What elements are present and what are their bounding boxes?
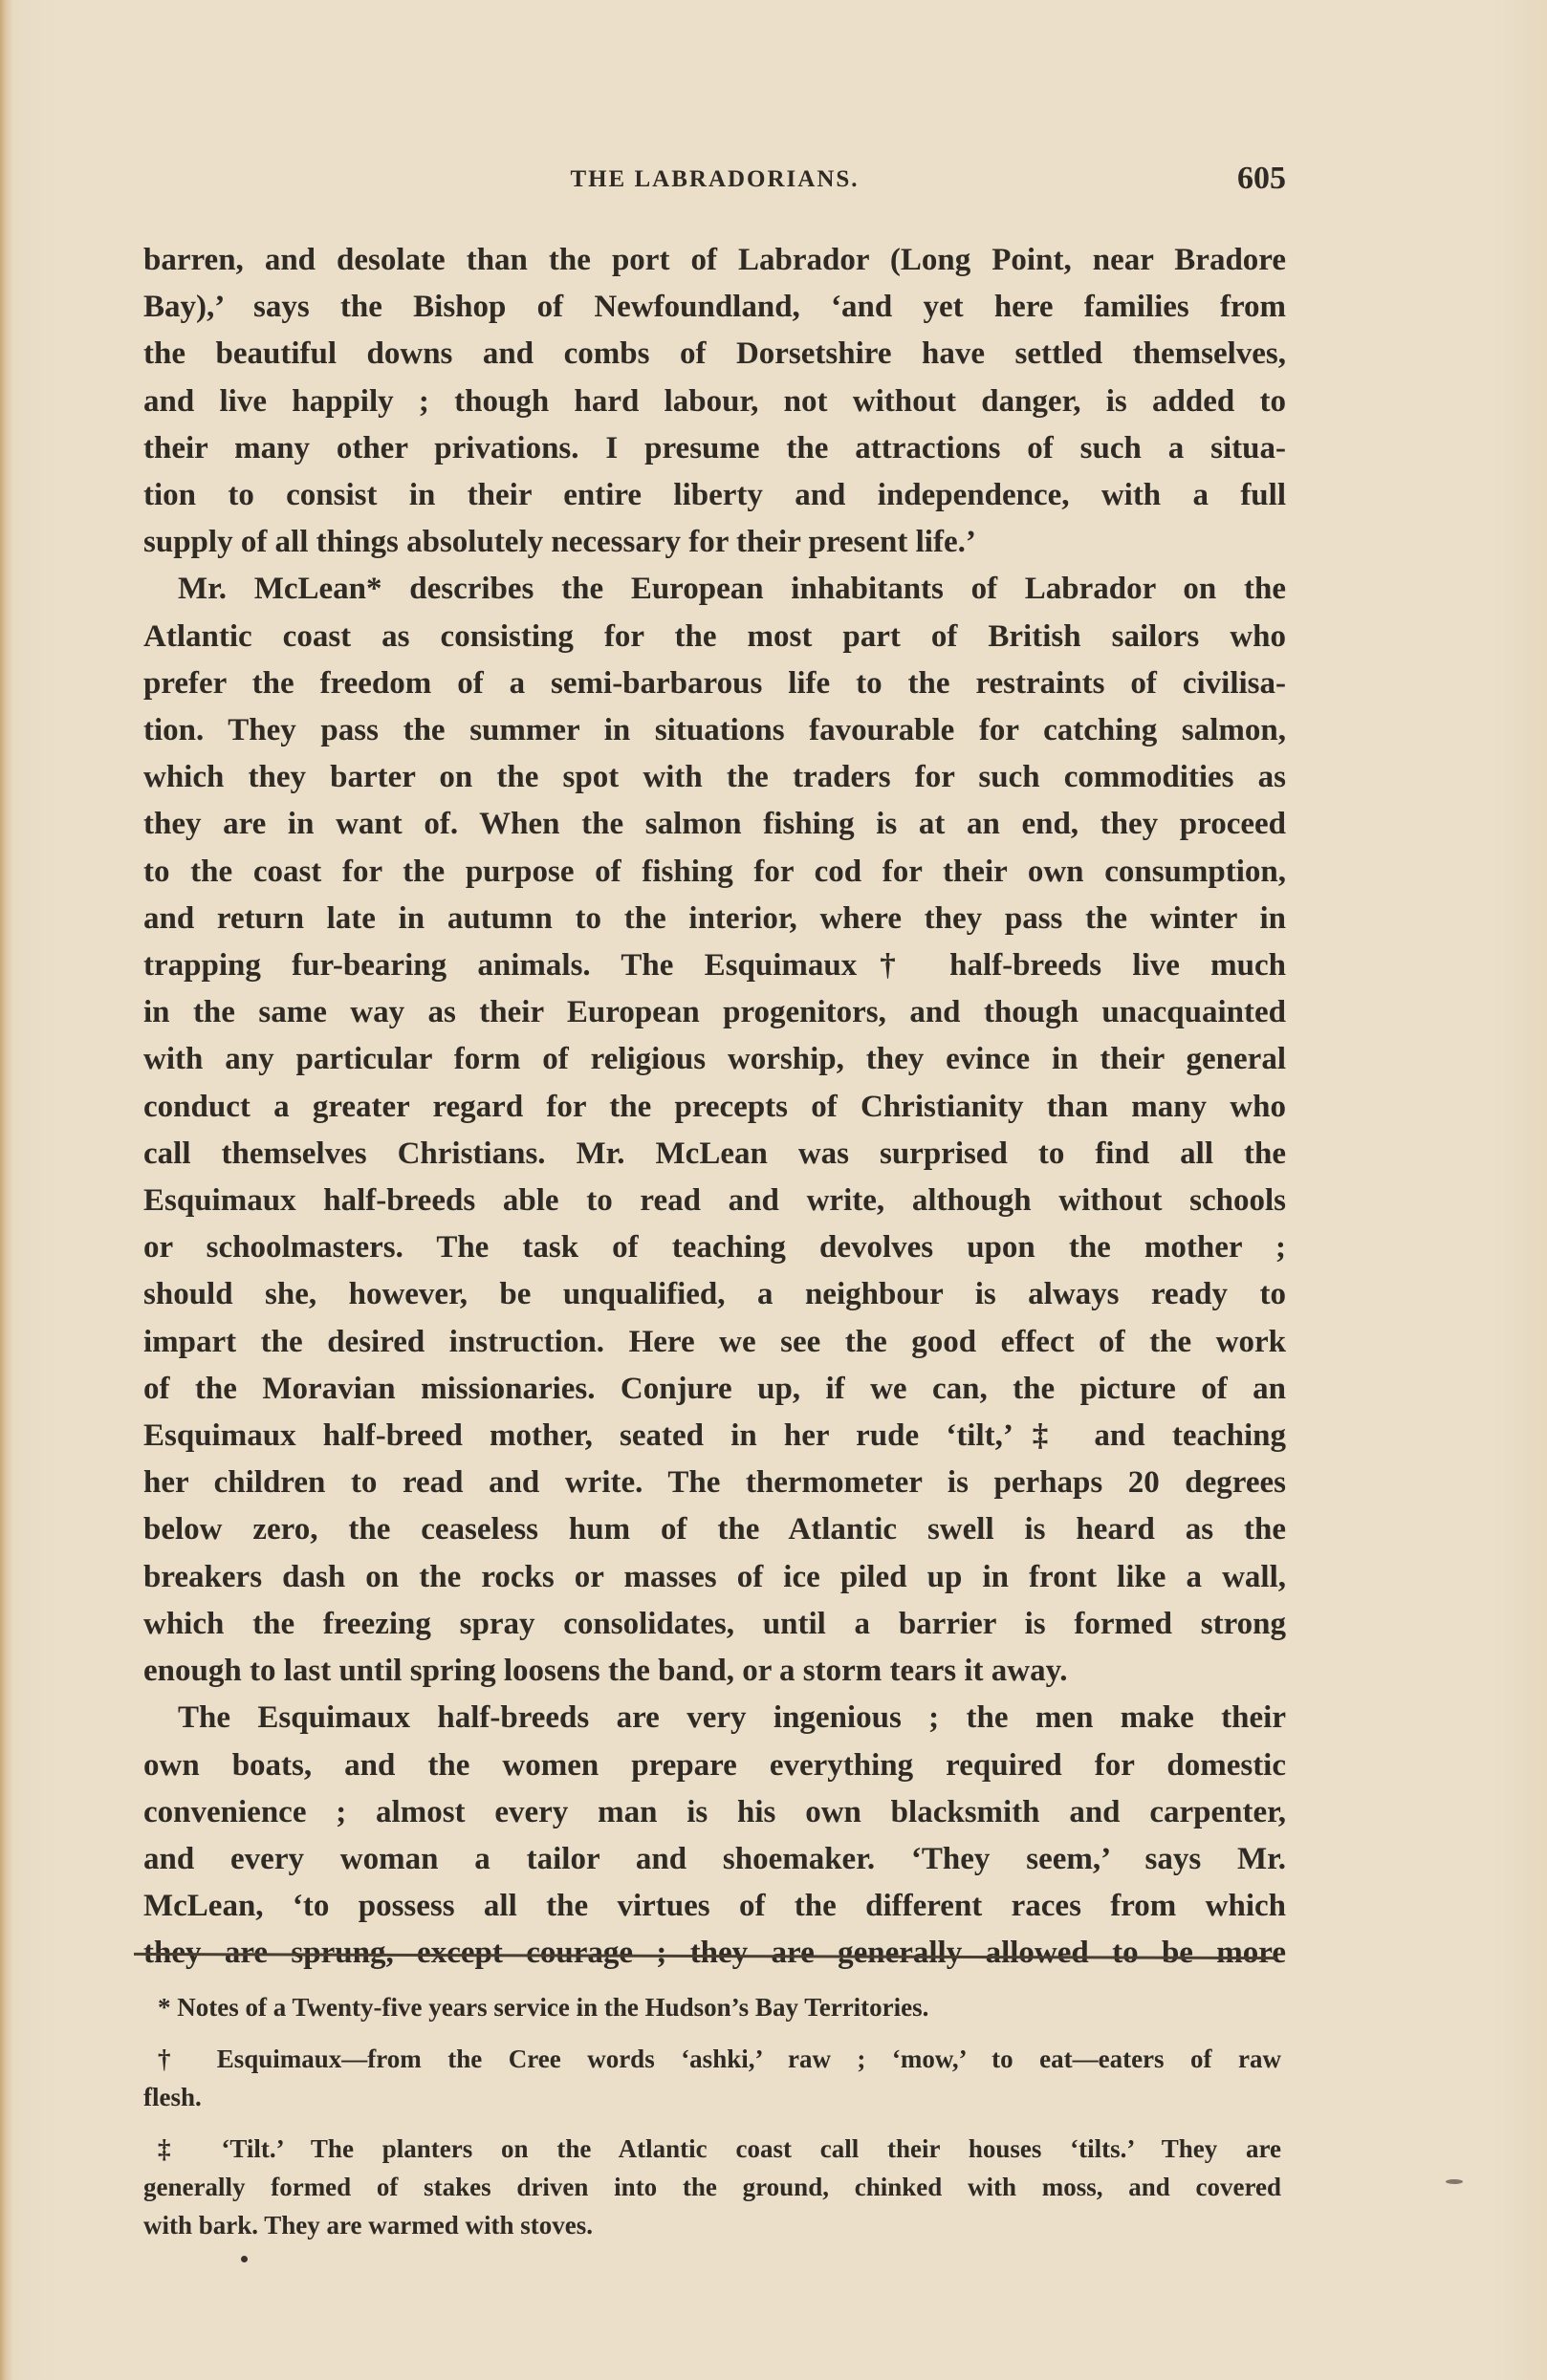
- footnote: * Notes of a Twenty-five years service i…: [158, 1988, 1281, 2026]
- footnotes: * Notes of a Twenty-five years service i…: [158, 1988, 1281, 2258]
- body-line: Esquimaux half-breeds able to read and w…: [143, 1178, 1286, 1224]
- body-line: McLean, ‘to possess all the virtues of t…: [143, 1883, 1286, 1930]
- body-line: should she, however, be unqualified, a n…: [143, 1271, 1286, 1318]
- body-line: and live happily ; though hard labour, n…: [143, 379, 1286, 425]
- body-line: of the Moravian missionaries. Conjure up…: [143, 1366, 1286, 1413]
- body-line: prefer the freedom of a semi-barbarous l…: [143, 660, 1286, 707]
- body-line: Bay),’ says the Bishop of Newfoundland, …: [143, 284, 1286, 331]
- footnote-line: * Notes of a Twenty-five years service i…: [158, 1988, 1281, 2026]
- body-line: and return late in autumn to the interio…: [143, 896, 1286, 942]
- body-line: supply of all things absolutely necessar…: [143, 519, 1286, 566]
- body-text: barren, and desolate than the port of La…: [143, 237, 1286, 1978]
- body-line: Atlantic coast as consisting for the mos…: [143, 614, 1286, 660]
- body-line: trapping fur-bearing animals. The Esquim…: [143, 942, 1286, 989]
- body-line: they are in want of. When the salmon fis…: [143, 801, 1286, 848]
- body-line: and every woman a tailor and shoemaker. …: [143, 1836, 1286, 1883]
- body-line: conduct a greater regard for the precept…: [143, 1084, 1286, 1131]
- footnote-line: † Esquimaux—from the Cree words ‘ashki,’…: [158, 2040, 1281, 2078]
- body-line: which the freezing spray consolidates, u…: [143, 1601, 1286, 1648]
- running-head: THE LABRADORIANS. 605: [143, 161, 1286, 205]
- page-number: 605: [1237, 161, 1286, 197]
- footnote-line: with bark. They are warmed with stoves.: [143, 2206, 1281, 2244]
- body-line: which they barter on the spot with the t…: [143, 754, 1286, 801]
- body-line: tion to consist in their entire liberty …: [143, 472, 1286, 519]
- ink-speck: [1446, 2179, 1463, 2184]
- body-line: to the coast for the purpose of fishing …: [143, 849, 1286, 896]
- running-title: THE LABRADORIANS.: [143, 166, 1286, 193]
- footnote: ‡ ‘Tilt.’ The planters on the Atlantic c…: [158, 2130, 1281, 2244]
- body-line: convenience ; almost every man is his ow…: [143, 1789, 1286, 1836]
- body-line: own boats, and the women prepare everyth…: [143, 1742, 1286, 1789]
- ink-speck: [241, 2256, 248, 2262]
- footnote: † Esquimaux—from the Cree words ‘ashki,’…: [158, 2040, 1281, 2116]
- body-line: impart the desired instruction. Here we …: [143, 1319, 1286, 1366]
- body-line: call themselves Christians. Mr. McLean w…: [143, 1131, 1286, 1178]
- body-line: her children to read and write. The ther…: [143, 1460, 1286, 1506]
- body-line: below zero, the ceaseless hum of the Atl…: [143, 1506, 1286, 1553]
- footnote-line: generally formed of stakes driven into t…: [143, 2168, 1281, 2206]
- body-line: or schoolmasters. The task of teaching d…: [143, 1224, 1286, 1271]
- body-line: barren, and desolate than the port of La…: [143, 237, 1286, 284]
- body-line: breakers dash on the rocks or masses of …: [143, 1554, 1286, 1601]
- body-line: Mr. McLean* describes the European inhab…: [143, 566, 1286, 613]
- footnote-line: ‡ ‘Tilt.’ The planters on the Atlantic c…: [158, 2130, 1281, 2168]
- body-line: Esquimaux half-breed mother, seated in h…: [143, 1413, 1286, 1460]
- body-line: the beautiful downs and combs of Dorsets…: [143, 331, 1286, 378]
- body-line: their many other privations. I presume t…: [143, 425, 1286, 472]
- book-page: THE LABRADORIANS. 605 barren, and desola…: [0, 0, 1547, 2380]
- body-line: tion. They pass the summer in situations…: [143, 707, 1286, 754]
- body-line: enough to last until spring loosens the …: [143, 1648, 1286, 1695]
- body-line: with any particular form of religious wo…: [143, 1036, 1286, 1083]
- footnote-line: flesh.: [143, 2078, 1281, 2116]
- body-line: in the same way as their European progen…: [143, 989, 1286, 1036]
- body-line: The Esquimaux half-breeds are very ingen…: [143, 1695, 1286, 1742]
